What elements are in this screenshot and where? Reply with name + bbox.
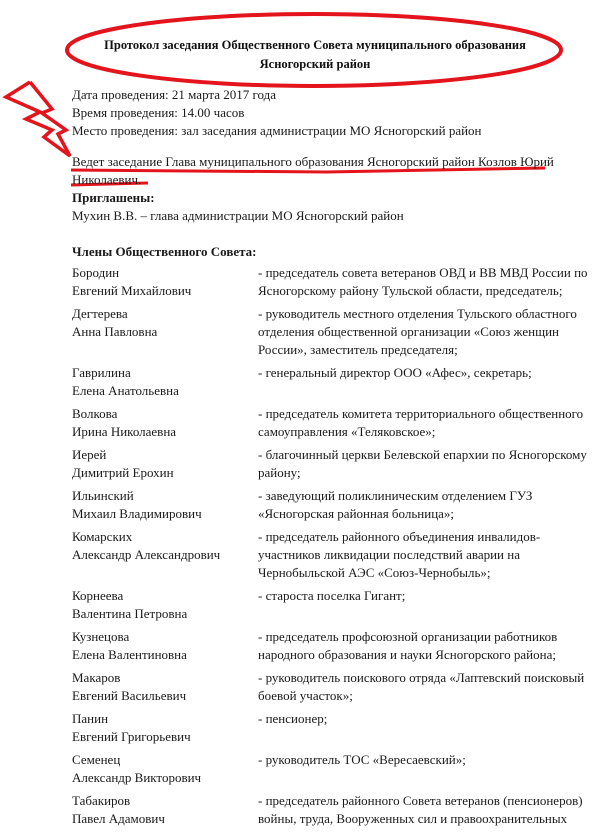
member-role: - председатель районного Совета ветерано… xyxy=(258,792,588,828)
member-given-name: Александр Александрович xyxy=(72,546,258,564)
meeting-date: Дата проведения: 21 марта 2017 года xyxy=(72,86,276,104)
document-title: Протокол заседания Общественного Совета … xyxy=(90,36,540,74)
member-given-name: Евгений Михайлович xyxy=(72,282,258,300)
member-surname: Дегтерева xyxy=(72,305,258,323)
member-surname: Кузнецова xyxy=(72,628,258,646)
member-role: - руководитель поискового отряда «Лаптев… xyxy=(258,669,588,705)
member-row: КомарскихАлександр Александрович- предсе… xyxy=(72,528,592,582)
members-list: БородинЕвгений Михайлович- председатель … xyxy=(72,264,592,833)
member-given-name: Михаил Владимирович xyxy=(72,505,258,523)
member-name: СеменецАлександр Викторович xyxy=(72,751,258,787)
meeting-time: Время проведения: 14.00 часов xyxy=(72,104,244,122)
member-role: - руководитель ТОС «Вересаевский»; xyxy=(258,751,588,787)
member-name: КузнецоваЕлена Валентиновна xyxy=(72,628,258,664)
member-name: ГаврилинаЕлена Анатольевна xyxy=(72,364,258,400)
member-row: КорнееваВалентина Петровна- староста пос… xyxy=(72,587,592,623)
member-name: МакаровЕвгений Васильевич xyxy=(72,669,258,705)
member-role: - благочинный церкви Белевской епархии п… xyxy=(258,446,588,482)
member-surname: Комарских xyxy=(72,528,258,546)
member-role: - пенсионер; xyxy=(258,710,588,746)
member-role: - председатель совета ветеранов ОВД и ВВ… xyxy=(258,264,588,300)
member-row: ПанинЕвгений Григорьевич- пенсионер; xyxy=(72,710,592,746)
invited-text: Мухин В.В. – глава администрации МО Ясно… xyxy=(72,207,572,225)
member-given-name: Евгений Григорьевич xyxy=(72,728,258,746)
chair-line-1: Ведет заседание Глава муниципального обр… xyxy=(72,153,572,171)
member-role: - председатель комитета территориального… xyxy=(258,405,588,441)
member-row: МакаровЕвгений Васильевич- руководитель … xyxy=(72,669,592,705)
member-row: ДегтереваАнна Павловна- руководитель мес… xyxy=(72,305,592,359)
member-given-name: Александр Викторович xyxy=(72,769,258,787)
member-role: - руководитель местного отделения Тульск… xyxy=(258,305,588,359)
member-surname: Корнеева xyxy=(72,587,258,605)
member-row: ВолковаИрина Николаевна- председатель ко… xyxy=(72,405,592,441)
member-name: ИльинскийМихаил Владимирович xyxy=(72,487,258,523)
meeting-place: Место проведения: зал заседания админист… xyxy=(72,122,482,140)
member-given-name: Валентина Петровна xyxy=(72,605,258,623)
chair-line-2: Николаевич. xyxy=(72,171,572,189)
member-name: ТабакировПавел Адамович xyxy=(72,792,258,828)
member-name: КомарскихАлександр Александрович xyxy=(72,528,258,582)
member-row: ТабакировПавел Адамович- председатель ра… xyxy=(72,792,592,828)
member-name: ВолковаИрина Николаевна xyxy=(72,405,258,441)
member-role: - генеральный директор ООО «Афес», секре… xyxy=(258,364,588,400)
member-surname: Бородин xyxy=(72,264,258,282)
member-given-name: Елена Валентиновна xyxy=(72,646,258,664)
member-surname: Семенец xyxy=(72,751,258,769)
member-surname: Гаврилина xyxy=(72,364,258,382)
member-name: ПанинЕвгений Григорьевич xyxy=(72,710,258,746)
lightning-bolt-icon xyxy=(6,82,70,156)
title-line-2: Ясногорский район xyxy=(90,55,540,74)
member-given-name: Ирина Николаевна xyxy=(72,423,258,441)
member-role: - председатель районного объединения инв… xyxy=(258,528,588,582)
member-surname: Ильинский xyxy=(72,487,258,505)
member-name: ДегтереваАнна Павловна xyxy=(72,305,258,359)
invited-heading: Приглашены: xyxy=(72,189,572,207)
member-role: - заведующий поликлиническим отделением … xyxy=(258,487,588,523)
member-surname: Панин xyxy=(72,710,258,728)
member-row: ИерейДимитрий Ерохин- благочинный церкви… xyxy=(72,446,592,482)
member-name: БородинЕвгений Михайлович xyxy=(72,264,258,300)
member-given-name: Анна Павловна xyxy=(72,323,258,341)
member-given-name: Евгений Васильевич xyxy=(72,687,258,705)
member-row: СеменецАлександр Викторович- руководител… xyxy=(72,751,592,787)
title-line-1: Протокол заседания Общественного Совета … xyxy=(90,36,540,55)
member-name: КорнееваВалентина Петровна xyxy=(72,587,258,623)
member-row: ИльинскийМихаил Владимирович- заведующий… xyxy=(72,487,592,523)
member-row: ГаврилинаЕлена Анатольевна- генеральный … xyxy=(72,364,592,400)
member-given-name: Димитрий Ерохин xyxy=(72,464,258,482)
chair-statement: Ведет заседание Глава муниципального обр… xyxy=(72,153,572,261)
member-surname: Макаров xyxy=(72,669,258,687)
member-given-name: Елена Анатольевна xyxy=(72,382,258,400)
members-heading: Члены Общественного Совета: xyxy=(72,243,572,261)
member-surname: Иерей xyxy=(72,446,258,464)
member-surname: Табакиров xyxy=(72,792,258,810)
member-role: - староста поселка Гигант; xyxy=(258,587,588,623)
member-given-name: Павел Адамович xyxy=(72,810,258,828)
member-surname: Волкова xyxy=(72,405,258,423)
member-name: ИерейДимитрий Ерохин xyxy=(72,446,258,482)
member-row: КузнецоваЕлена Валентиновна- председател… xyxy=(72,628,592,664)
member-role: - председатель профсоюзной организации р… xyxy=(258,628,588,664)
member-row: БородинЕвгений Михайлович- председатель … xyxy=(72,264,592,300)
